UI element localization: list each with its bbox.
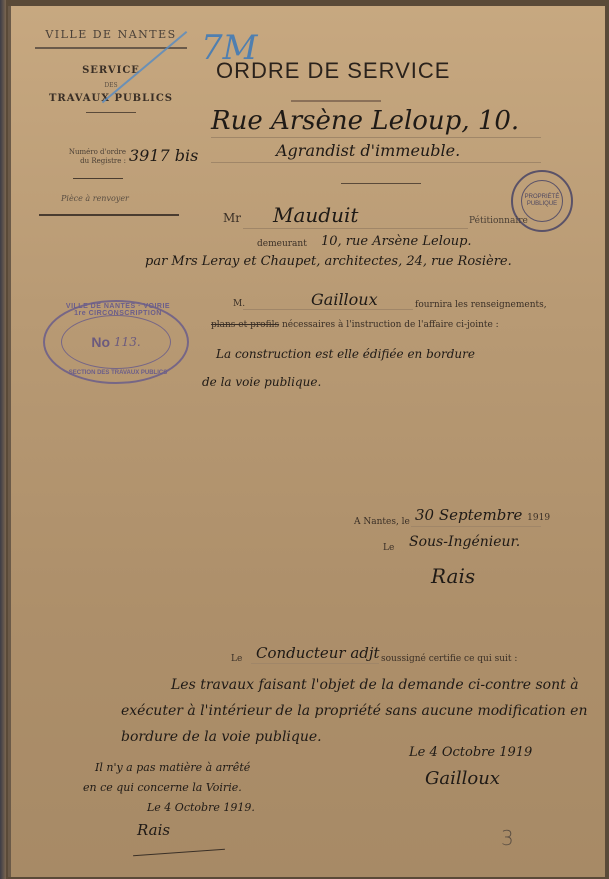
cert-handwritten: Les travaux faisant l'objet de la demand… [121,672,601,750]
registry-label-line-1: Numéro d'ordre [41,148,126,157]
title-underline [291,100,381,102]
letterhead: VILLE DE NANTES SERVICE DES TRAVAUX PUBL… [31,28,191,113]
registry-label-line-2: du Registre : [41,157,126,166]
instruction-text-2: plans et profils nécessaires à l'instruc… [211,320,499,330]
margin-note-date: Le 4 Octobre 1919. [147,801,255,814]
instruction-line [243,309,413,310]
residence-label: demeurant [257,239,307,249]
question-line-2: de la voie publique. [202,368,475,396]
instruction-question: La construction est elle édifiée en bord… [216,340,475,396]
petitioner-name: Mauduit [273,203,358,227]
struck-text: plans et profils [211,320,279,330]
architects-line: par Mrs Leray et Chaupet, architectes, 2… [145,254,512,269]
sign-date: 30 Septembre 1919 [415,506,550,524]
title-label: Le [383,543,394,553]
place-label: A Nantes, le [354,517,410,527]
signature-gailloux: Gailloux [425,768,500,789]
cert-text: soussigné certifie ce qui suit : [381,654,517,664]
scan-edge [0,0,6,879]
des-label: DES [31,82,191,89]
margin-note-line-1: Il n'y a pas matière à arrêté [95,758,250,778]
letterhead-bottom-rule [39,214,179,216]
signature-underline [133,849,225,856]
ornament-rule [86,112,136,113]
street-line [211,137,541,138]
return-note: Pièce à renvoyer [61,194,129,203]
street-address: Rue Arsène Leloup, 10. [211,106,519,136]
signature-rais-2: Rais [137,821,170,839]
registry-label: Numéro d'ordre du Registre : [41,148,126,166]
cert-date: Le 4 Octobre 1919 [409,745,532,760]
margin-note: Il n'y a pas matière à arrêté en ce qui … [95,758,250,798]
stamp-number-value: 113. [114,335,141,349]
margin-note-line-2: en ce qui concerne la Voirie. [83,778,250,798]
oval-stamp-bottom-text: SECTION DES TRAVAUX PUBLICS [59,370,177,376]
question-line-1: La construction est elle édifiée en bord… [216,340,475,368]
sign-date-year: 1919 [527,513,550,523]
document-title: ORDRE DE SERVICE [216,58,450,84]
cert-role: Conducteur adjt [256,644,380,662]
cert-line [251,663,379,664]
document-page: VILLE DE NANTES SERVICE DES TRAVAUX PUBL… [8,6,605,877]
instruction-name: Gailloux [311,290,378,309]
stamp-text-1: PROPRIÉTÉ [525,194,560,201]
stamp-text-2: PUBLIQUE [525,201,560,208]
sign-date-day: 30 Septembre [415,506,522,524]
petitioner-line [243,228,468,229]
page-number: 3 [501,826,514,850]
cert-prefix: Le [231,654,242,664]
residence-value: 10, rue Arsène Leloup. [321,234,472,249]
title-ornament [341,183,421,184]
ornament-rule-2 [73,178,123,179]
instruction-text-1: fournira les renseignements, [415,300,547,310]
city-name: VILLE DE NANTES [31,28,191,41]
work-subject: Agrandist d'immeuble. [276,141,460,160]
instruction-prefix: M. [233,299,245,309]
signature-rais-1: Rais [431,564,475,588]
service-label: SERVICE [31,65,191,76]
date-line [411,526,541,527]
signer-title: Sous-Ingénieur. [409,534,520,550]
instruction-text-2-rest: nécessaires à l'instruction de l'affaire… [282,320,499,330]
oval-stamp-top-text: VILLE DE NANTES · VOIRIE 1re CIRCONSCRIP… [63,303,173,317]
subject-line [211,162,541,163]
petitioner-role: Pétitionnaire [469,216,528,226]
registry-number: 3917 bis [129,146,198,165]
petitioner-prefix: Mr [223,211,241,225]
voirie-stamp-number: No 113. [61,315,171,369]
stamp-number-label: No [91,334,110,350]
